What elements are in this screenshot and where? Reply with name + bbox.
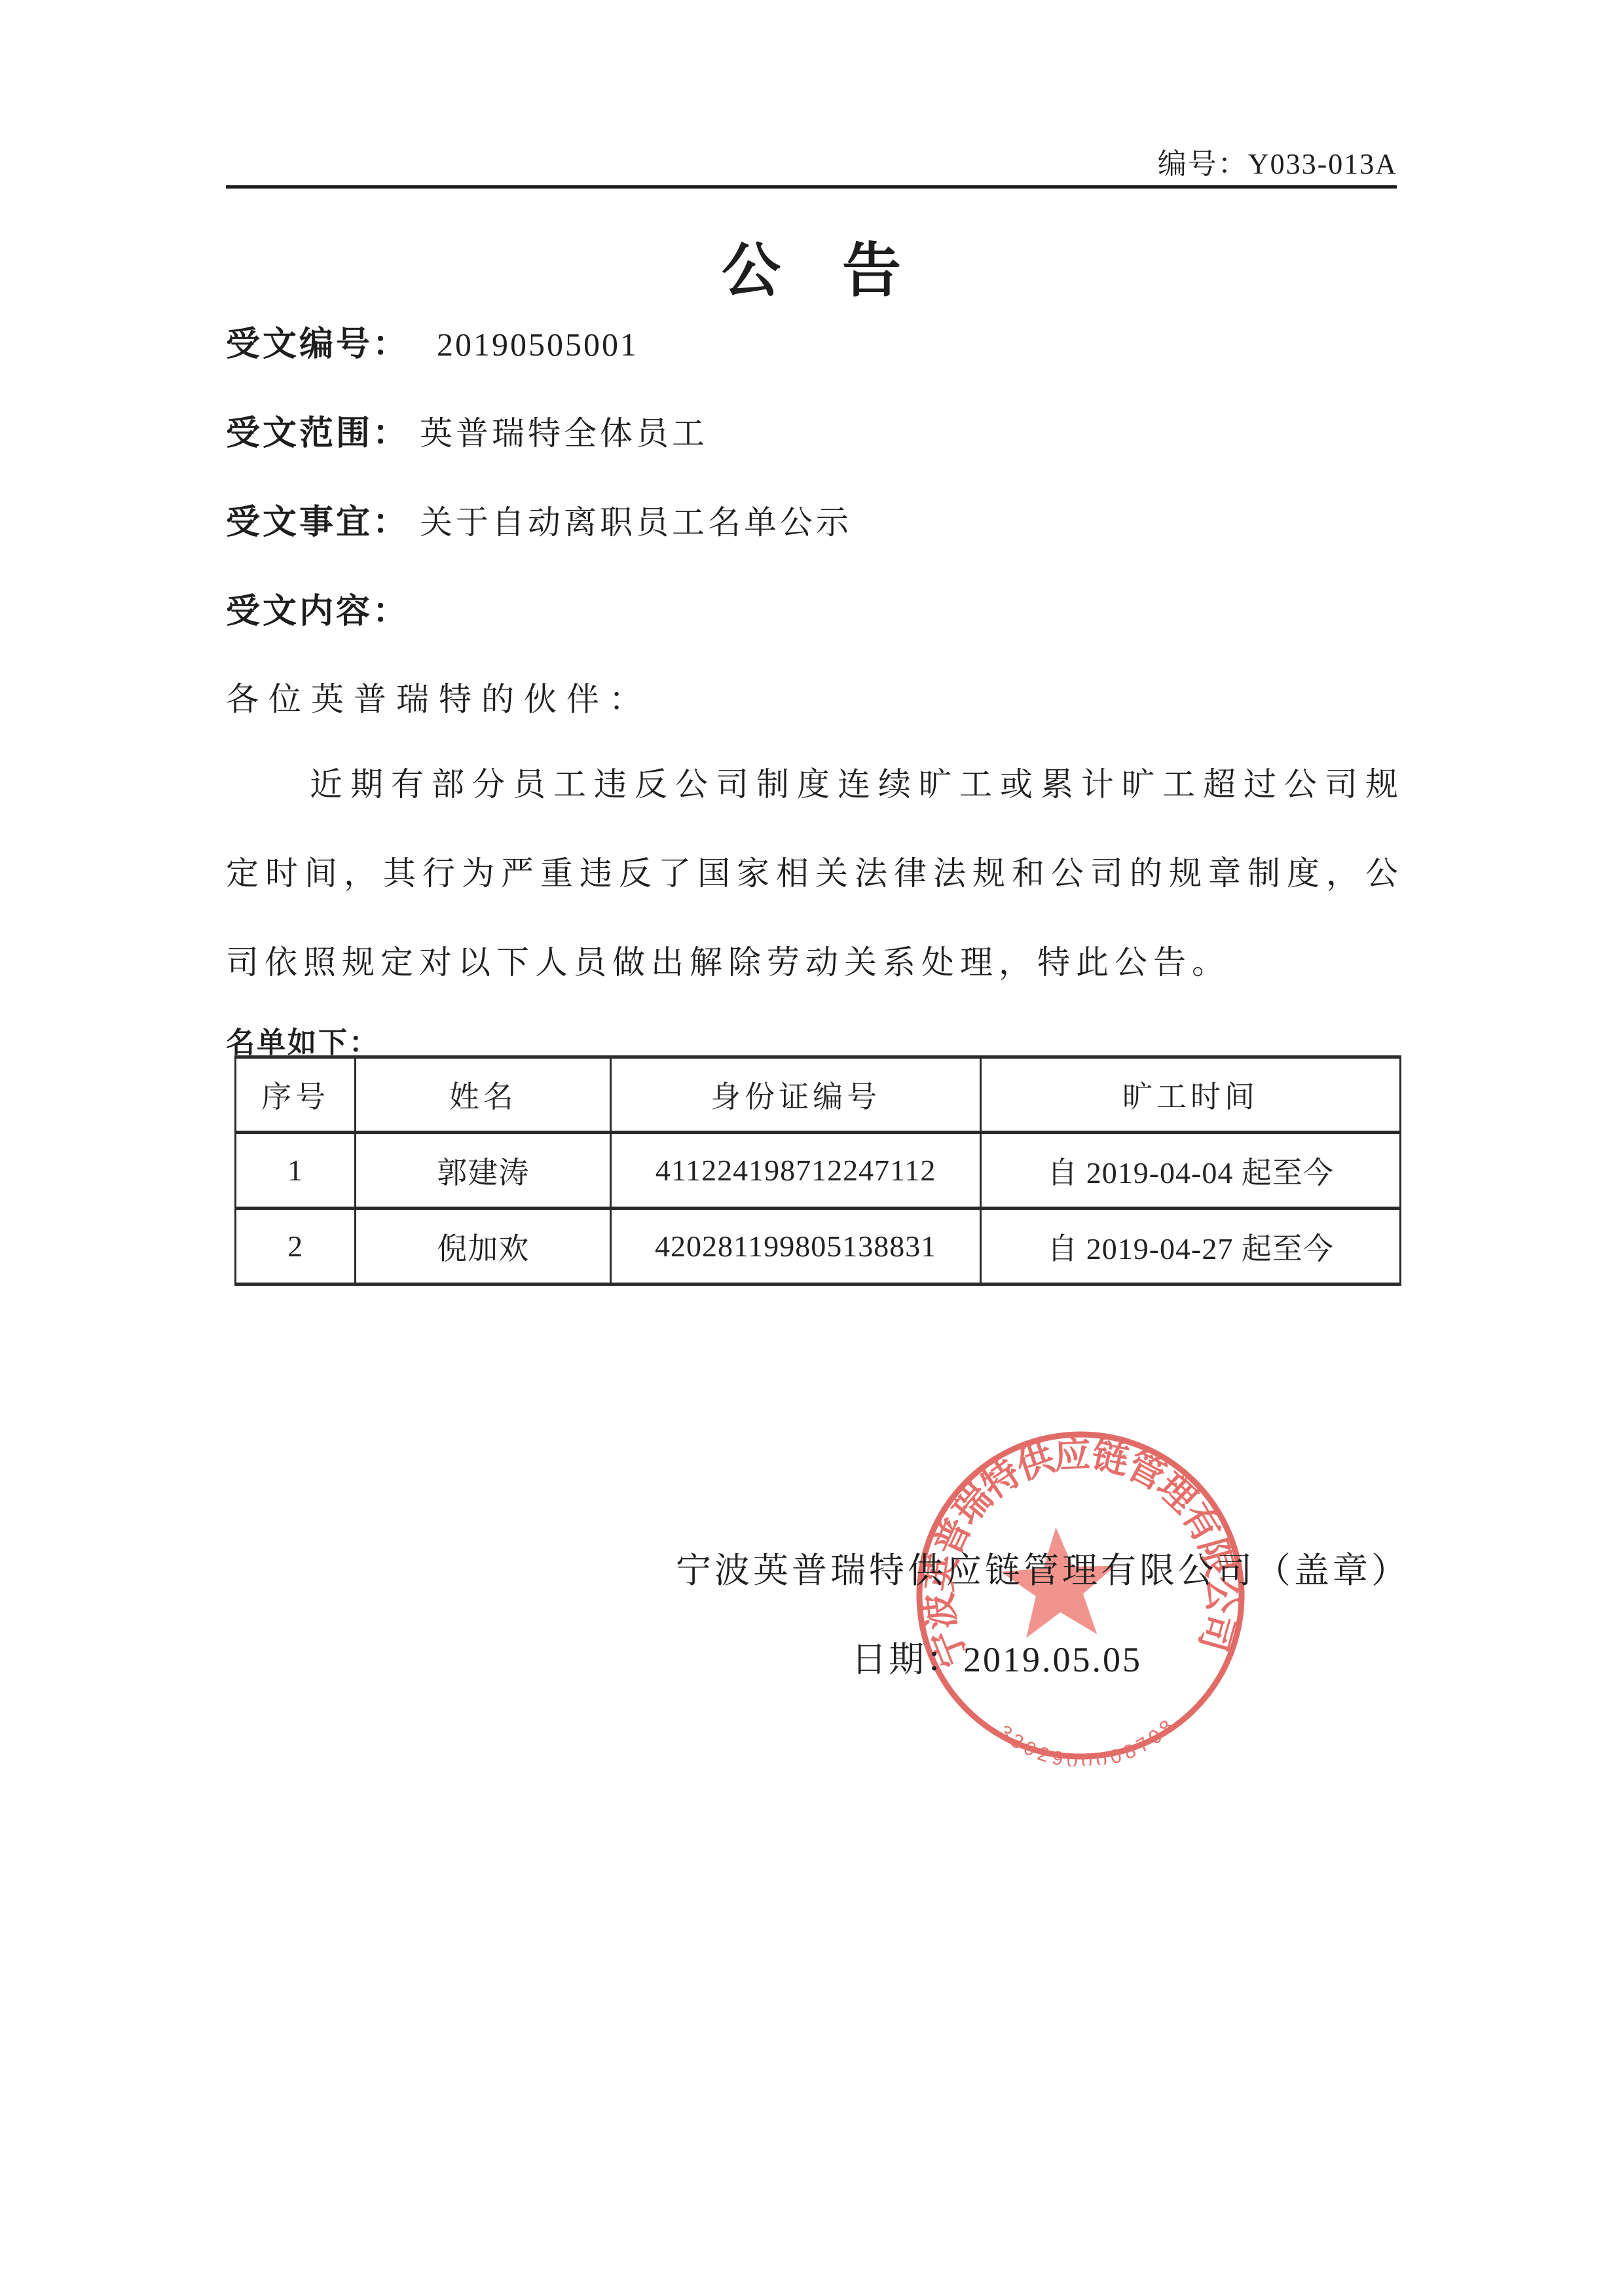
company-signature-line: 宁波英普瑞特供应链管理有限公司（盖章） xyxy=(676,1542,1410,1593)
cell-id-card: 420281199805138831 xyxy=(611,1209,981,1285)
cell-absence: 自 2019-04-04 起至今 xyxy=(981,1133,1401,1209)
header-divider-line xyxy=(226,185,1397,189)
meta-row-subject: 受文事宜：关于自动离职员工名单公示 xyxy=(226,494,1405,543)
field-value: 英普瑞特全体员工 xyxy=(420,415,708,452)
dismissed-employees-table: 序号 姓名 身份证编号 旷工时间 1 郭建涛 41122419871224711… xyxy=(234,1055,1401,1286)
cell-index: 2 xyxy=(236,1209,356,1285)
header-id-card: 身份证编号 xyxy=(611,1057,981,1133)
cell-id-card: 411224198712247112 xyxy=(611,1133,981,1209)
doc-number: 编号：Y033-013A xyxy=(1158,140,1397,182)
field-value: 关于自动离职员工名单公示 xyxy=(420,504,852,541)
header-absence: 旷工时间 xyxy=(981,1057,1401,1133)
header-index: 序号 xyxy=(236,1057,356,1133)
header-name: 姓名 xyxy=(356,1057,611,1133)
seal-serial-number: 3302900008708 xyxy=(993,1712,1183,1774)
table-header-row: 序号 姓名 身份证编号 旷工时间 xyxy=(236,1057,1401,1133)
list-intro: 名单如下： xyxy=(226,1019,380,1061)
announcement-document: 编号：Y033-013A 公 告 受文编号：20190505001 受文范围：英… xyxy=(0,0,1624,2296)
page-title: 公 告 xyxy=(0,223,1624,308)
date-line: 日期：2019.05.05 xyxy=(851,1631,1142,1682)
body-paragraph-line: 定时间，其行为严重违反了国家相关法律法规和公司的规章制度，公 xyxy=(226,851,1398,896)
field-label: 受文范围： xyxy=(226,415,409,452)
cell-name: 郭建涛 xyxy=(356,1133,611,1209)
seal-serial-container: 3302900008708 xyxy=(993,1712,1183,1774)
meta-row-scope: 受文范围：英普瑞特全体员工 xyxy=(226,405,1405,454)
body-paragraph-line: 近期有部分员工违反公司制度连续旷工或累计旷工超过公司规 xyxy=(226,762,1398,807)
company-seal-stamp: 宁波英普瑞特供应链管理有限公司 3302900008708 xyxy=(902,1417,1260,1775)
meta-row-doc-number: 受文编号：20190505001 xyxy=(226,316,1405,365)
meta-row-content: 受文内容： xyxy=(226,583,1405,632)
table-row: 2 倪加欢 420281199805138831 自 2019-04-27 起至… xyxy=(236,1209,1401,1285)
body-paragraph-line: 司依照规定对以下人员做出解除劳动关系处理，特此公告。 xyxy=(226,940,1398,985)
field-value: 20190505001 xyxy=(437,326,638,363)
field-label: 受文内容： xyxy=(226,593,409,630)
cell-absence: 自 2019-04-27 起至今 xyxy=(981,1209,1401,1285)
table-row: 1 郭建涛 411224198712247112 自 2019-04-04 起至… xyxy=(236,1133,1401,1209)
cell-index: 1 xyxy=(236,1133,356,1209)
field-label: 受文事宜： xyxy=(226,504,409,541)
field-label: 受文编号： xyxy=(226,326,409,363)
cell-name: 倪加欢 xyxy=(356,1209,611,1285)
salutation: 各位英普瑞特的伙伴： xyxy=(226,673,652,720)
